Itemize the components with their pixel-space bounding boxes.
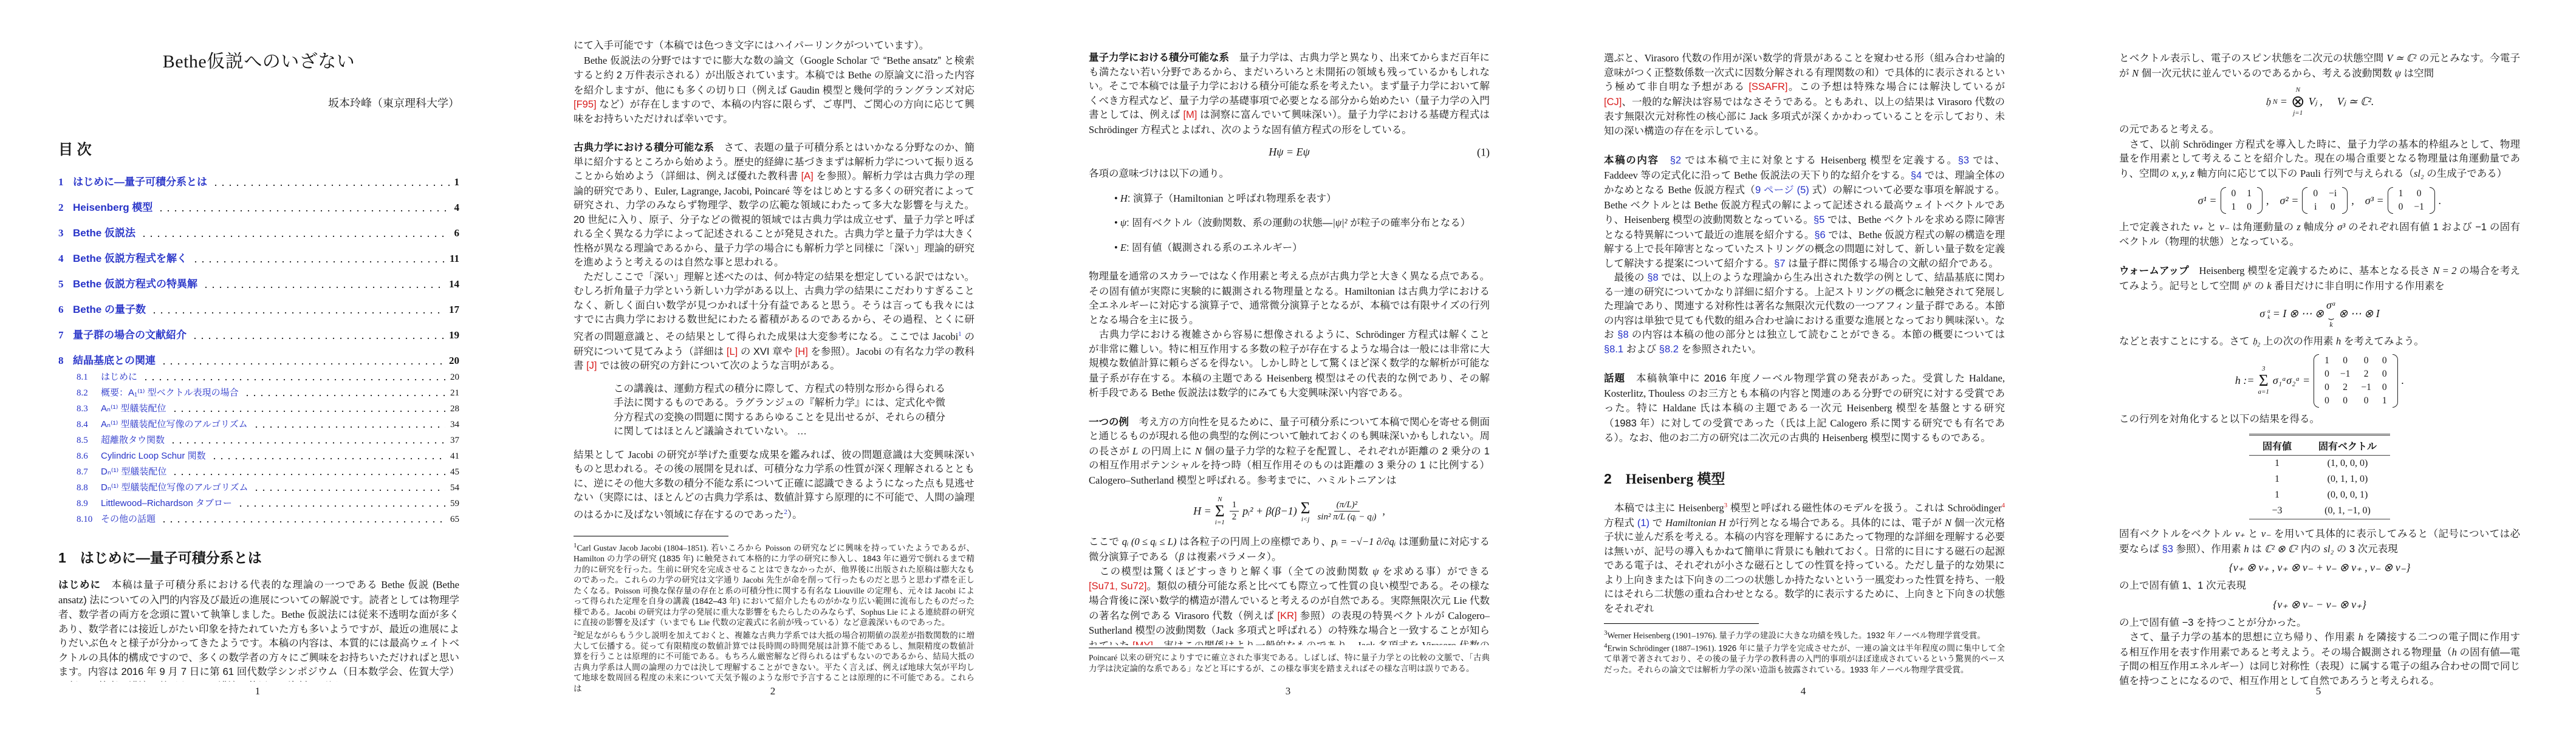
subscript: N [2273,97,2278,106]
text-run: ψ [1372,566,1379,577]
author-line: 坂本玲峰（東京理科大学） [58,95,459,111]
equation-mid: σ₁ᵃσ₂ᵃ = [2273,374,2310,387]
paragraph-intro: はじめに 本稿は量子可積分系における代表的な理論の一つである Bethe 仮説 … [58,578,459,682]
right-paren-icon [2393,354,2398,408]
matrix-cell: −1 [2335,368,2356,381]
text-run: 選ぶと、 [1604,53,1645,64]
text-run: Heisenberg [1624,214,1670,225]
matrix-cell: 1 [2241,187,2257,200]
text-run: さて、量子力学の基本的思想に立ち帰り、作用素 [2119,632,2358,643]
dot-leader [212,178,450,187]
text-run: 軸方向に応じて以下の [2194,168,2300,179]
text-run: N [1195,445,1202,457]
citation-link[interactable]: [J] [586,360,597,371]
toc-tpage: 11 [450,253,459,265]
toc-tnum: 8.8 [77,483,101,493]
text-run: 等の定式化に沿って [1638,170,1734,181]
separator: , [2351,194,2354,207]
paragraph: この行列を対角化すると以下の結果を得る。 [2119,412,2520,427]
matrix-cell: 0 [2319,394,2335,408]
h-matrix: 10000−12002−100001 [2314,354,2398,408]
toc-item[interactable]: 4Bethe 仮説方程式を解く11 [58,250,459,265]
toc-tlab: 概要：A₁⁽¹⁾ 型ベクトル表現の場合 [101,386,244,399]
toc-item[interactable]: 6Bethe の量子数17 [58,301,459,316]
toc-tpage: 41 [450,451,459,462]
text-run: の上で固有値 1、1 次元表現 [2119,580,2246,591]
text-run: 一つの例 [1089,417,1129,428]
toc-item[interactable]: 8.7Dₙ⁽¹⁾ 型艤装配位45 [58,465,459,477]
toc-item[interactable]: 8.6Cylindric Loop Schur 関数41 [58,449,459,462]
text-run: Erwin Schrödinger (1887–1961). [1608,644,1719,653]
internal-link[interactable]: §5 [1814,214,1824,225]
matrix-cell: 0 [2393,200,2409,214]
citation-link[interactable]: [CJ] [1604,97,1622,108]
equation-number: (1) [1477,146,1490,159]
text-run: Lie [1453,595,1467,606]
toc-tlab: 量子群の場合の文献紹介 [73,326,191,341]
text-run: 。類似の積分可能な系と比べても際立って性質の良い模型である。その様な場合背後に深… [1089,581,1490,607]
matrix-cell: 0 [2377,368,2393,381]
text-run: 。実はこの関係はより一般的なものであり、 [1153,640,1357,646]
text-run: は [2249,544,2265,555]
page-number: 4 [1546,685,2061,697]
text-run: 模型を定義する。 [1866,155,1958,166]
document-page-5: とベクトル表示し、電子のスピン状態を二次元の状態空間 V ≃ ℂ² の元とみなす… [2061,0,2576,729]
internal-link[interactable]: §2 [1670,155,1681,166]
text-run: Jacobi [933,330,958,342]
text-run: 仮説法は数学的にみても大変興味深い内容である。 [1175,388,1408,399]
toc-tlab: Aₙ⁽¹⁾ 型艤装配位 [101,402,171,414]
toc-tlab: Dₙ⁽¹⁾ 型艤装配位写像のアルゴリズム [101,481,253,493]
text-run: の生成子である） [2424,168,2507,179]
text-run: Bethe [1668,184,1691,196]
dot-leader [171,404,445,412]
text-run: 古典力学における複雑さから容易に想像されるように、 [1089,329,1356,340]
text-run: と [2245,529,2261,539]
otimes-icon: ⊗ [2291,94,2305,110]
text-run: Pauli [2300,168,2321,179]
text-run: で [1649,518,1665,529]
text-run: Jacobi [628,449,653,460]
internal-link[interactable]: §6 [1814,230,1825,241]
toc-tpage: 45 [450,467,459,477]
text-run: 模型と呼ばれる磁性体のモデルを扱う。これは [1727,502,1948,513]
text-run [2189,265,2199,276]
bullet-item-E: • E: 固有値（観測される系のエネルギー） [1114,241,1490,256]
paragraph: にて入手可能です（本稿では色つき文字にはハイパーリンクがついています）。 [574,39,975,53]
citation-link[interactable]: [SSAFR] [1749,81,1787,92]
toc-tlab: Heisenberg 模型 [73,199,157,214]
dot-leader [140,229,450,238]
text-run: 、一般的な解決は容易ではなさそうである。ともあれ、以上の結果は [1622,97,1937,108]
matrix-cell: −1 [2408,200,2430,214]
toc-item[interactable]: 8.3Aₙ⁽¹⁾ 型艤装配位28 [58,402,459,414]
table-row: 1(1, 0, 0, 0) [2249,456,2390,472]
paragraph: とベクトル表示し、電子のスピン状態を二次元の状態空間 V ≃ ℂ² の元とみなす… [2119,51,2520,81]
text-run: Virasoro [1174,610,1209,621]
equals: = [2280,95,2287,108]
paragraph: 各項の意味づけは以下の通り。 [1089,167,1490,182]
text-run: 話題 [1604,373,1625,384]
text-run: pᵢ = −√−1 ∂/∂qᵢ [1331,536,1396,547]
citation-link[interactable]: [L] [727,346,738,357]
matrix-cell: 0 [2335,394,2356,408]
toc-item[interactable]: 8.4Aₙ⁽¹⁾ 型艤装配位写像のアルゴリズム34 [58,417,459,430]
text-run: の 3 次元表現 [2334,544,2397,555]
text-run: 各項の意味づけは以下の通り。 [1089,168,1229,179]
text-run: Bethe [1734,169,1758,181]
toc-item[interactable]: 5Bethe 仮説方程式の特異解14 [58,275,459,290]
period: . [2402,374,2405,387]
text-run: ℂ² ⊗ ℂ² [2264,543,2298,555]
underbrace-label: k [2329,321,2332,329]
citation-link[interactable]: [F95] [574,99,597,110]
text-run: の元であると考える。 [2119,124,2219,135]
dot-leader [211,451,445,460]
text-run: では、 [1824,214,1857,225]
text-run: 仮説へのいざない [207,52,355,72]
toc-tlab: 結晶基底との関連 [73,352,160,367]
sum-operator: 3 Σ a=1 [2258,366,2269,395]
toc-tpage: 4 [454,202,460,214]
matrix-entries: 0−ii0 [2307,187,2342,214]
text-run: で “ [867,55,886,66]
text-run: Hamiltonian [1173,193,1223,204]
table-cell: 1 [2249,471,2305,487]
toc-tlab: その他の話題 [101,512,160,525]
text-run: Schrödinger [1356,329,1405,340]
text-run: V ≃ ℂ² [2386,52,2416,64]
text-run: : 固有値（観測される系のエネルギー） [1126,242,1303,253]
text-run: を求める事）ができる [1379,566,1490,577]
paragraph: ウォームアップ Heisenberg 模型を定義するために、基本となる長さ N … [2119,264,2520,293]
citation-link[interactable]: [Su71, Su72] [1089,581,1147,592]
toc-tnum: 2 [58,202,73,214]
text-run: 上で定義された [2119,222,2194,233]
toc-item[interactable]: 8.10その他の話題65 [58,512,459,525]
text-run: を参照）。 [808,346,856,357]
text-run: 本稿では主に [1604,502,1679,513]
text-run: の上で固有値 −3 を持つことが分かった。 [2119,617,2306,628]
toc-item[interactable]: 8.8Dₙ⁽¹⁾ 型艤装配位写像のアルゴリズム54 [58,481,459,493]
text-run: Heisenberg [1626,471,1693,487]
footnote-4: 4Erwin Schrödinger (1887–1961). 1926 年に量… [1604,641,2005,675]
equation-schrodinger: Hψ = Eψ (1) [1089,146,1490,159]
text-run: Jack [1750,111,1767,122]
toc-tnum: 5 [58,278,73,290]
text-run: Virasoro [1645,52,1679,64]
eigenvalue-table: 固有値固有ベクトル1(1, 0, 0, 0)1(0, 1, 1, 0)1(0, … [2249,434,2390,519]
toc-item[interactable]: 8結晶基底との関連20 [58,352,459,367]
sigma: σ [2259,307,2265,320]
sum-operator: N Σ i=1 [1215,496,1225,526]
text-run [1659,155,1670,166]
dot-leader [253,483,445,491]
text-run: Heisenberg [1267,372,1312,384]
text-run: qᵢ (0 ≤ qᵢ ≤ L) [1122,536,1177,547]
toc-tpage: 14 [449,278,459,290]
matrix-entries: 10000−12002−100001 [2319,354,2393,408]
paragraph: 固有ベクトルをベクトル v₊ と v₋ を用いて具体的に表示してみると（記号につ… [2119,527,2520,556]
paragraph: 最後の §8 では、以上のような理論から生み出された数学の例として、結晶基底に関… [1604,271,2005,357]
text-run: L [1132,445,1138,457]
paragraph: の上で固有値 −3 を持つことが分かった。 [2119,616,2520,631]
toc-item[interactable]: 8.5超離散タウ関数37 [58,433,459,446]
toc-item[interactable]: 2Heisenberg 模型4 [58,199,459,214]
text-run: は各粒子の円周上の座標であり、 [1176,536,1331,547]
text-run: Virasoro [1937,96,1972,108]
paragraph: の元であると考える。 [2119,123,2520,137]
dot-leader [151,306,444,314]
text-run: Haldane [1663,402,1696,414]
toc-item[interactable]: 7量子群の場合の文献紹介19 [58,326,459,341]
text-run: この講義は、運動方程式の積分に際して、方程式の特別な形から得られる手法に関するも… [614,383,945,437]
internal-link[interactable]: (5) [1797,185,1809,196]
text-run: Hamiltonian H [1665,517,1726,529]
text-run: の内容は本稿の他の部分とは独立して読むことができる。本節の概要については [1629,329,2005,340]
text-run: にて入手可能です（本稿では色つき文字にはハイパーリンクがついています）。 [574,40,929,51]
text-run: の XVI 章や [738,346,795,357]
text-run: • [1114,193,1120,204]
toc-tpage: 21 [450,388,459,399]
internal-link[interactable]: (1) [1637,518,1649,529]
pdf-viewer-canvas: { "colors":{"link_blue":"#2632c8","cite_… [0,0,2576,729]
paragraph: 上で定義された v₊ と v₋ は角運動量の z 軸成分 σ³ のそれぞれ固有値… [2119,220,2520,249]
sum-lower-limit: i=1 [1215,519,1225,526]
text-run: h [2452,646,2457,658]
table-cell: 1 [2249,456,2305,472]
underbrace-group: σᵃ ⏟ k [2326,299,2336,328]
text-run: Heisenberg [1822,432,1868,443]
text-run: Bethe [584,55,608,66]
text-run: 代数（例えば [1209,611,1277,621]
matrix-cell: 0 [2319,368,2335,381]
internal-link[interactable]: §8.2 [1659,344,1679,355]
toc-tlab: Aₙ⁽¹⁾ 型艤装配位写像のアルゴリズム [101,417,253,430]
toc-tlab: Bethe の量子数 [73,301,151,316]
text-run: および [1623,344,1659,355]
text-run: : 演算子（ [1128,193,1173,204]
toc-item[interactable]: 8.2概要：A₁⁽¹⁾ 型ベクトル表現の場合21 [58,386,459,399]
toc-tnum: 6 [58,304,73,316]
equation-local-operator: σak = I ⊗ ⋯ ⊗ σᵃ ⏟ k ⊗ ⋯ ⊗ I [2119,299,2520,328]
matrix-cell: 0 [2377,381,2393,394]
text-run: Lie [699,618,710,627]
equation-state-space: 𝔥N = N ⊗ j=1 Vⱼ , Vⱼ ≃ ℂ². [2119,87,2520,117]
citation-link[interactable]: [KR] [1278,611,1297,621]
equation-tail: , [1382,505,1385,518]
toc-item[interactable]: 1はじめに—量子可積分系とは1 [58,173,459,188]
text-run: 方程式 [1604,518,1637,529]
internal-link[interactable]: §7 [1774,258,1785,269]
text-run [574,55,584,66]
paragraph: この模型は驚くほどすっきりと解く事（全ての波動関数 ψ を求める事）ができる [… [1089,564,1490,645]
text-run: 式）の解について必要な事項を解説する。 [1809,185,2005,196]
table-cell: (0, 1, 1, 0) [2305,471,2390,487]
sum-lower-limit: i<j [1301,516,1310,523]
equation-triplet-set: {v₊ ⊗ v₊ , v₊ ⊗ v₋ + v₋ ⊗ v₊ , v₋ ⊗ v₋} [2119,561,2520,574]
pauli-matrix-z: 100−1 [2388,187,2435,214]
text-run: Bethe [848,69,872,81]
text-run: と [2204,222,2220,233]
text-run: の [2252,281,2267,292]
paragraph: 結果として Jacobi の研究が挙げた重要な成果を鑑みれば、彼の問題意識は大変… [574,448,975,522]
section-1-heading: 1 はじめに—量子可積分系とは [58,547,459,567]
text-run: Calogero–Sutherland [1089,474,1174,486]
page-body: 量子力学における積分可能な系 量子力学は、古典力学と異なり、出来てからまだ百年に… [1089,51,1490,645]
toc-tnum: 4 [58,253,73,265]
text-run: Calogero [1830,417,1866,429]
text-run: の定理も、元々は [865,586,935,595]
sup-sub-stack: ak [2267,308,2270,320]
equation-term: ⊗ ⋯ ⊗ I [2338,307,2380,320]
equation-singlet-set: {v₊ ⊗ v₋ − v₋ ⊗ v₊} [2119,598,2520,611]
document-title: Bethe仮説へのいざない [58,46,459,73]
text-run: など）が存在しますので、本稿の内容に限らず、ご専門、ご関心の方向に応じて興味をお… [574,99,975,125]
text-run: 氏は本稿の主題である一次元 [1696,403,1847,414]
matrix-cell: 1 [2393,187,2409,200]
text-run: 行列で与えられる（ [2321,168,2414,179]
bullet-item-psi: • ψ: 固有ベクトル（波動関数、系の運動の状態—|ψ|² が粒子の確率分布とな… [1114,216,1490,231]
table-cell: 1 [2249,487,2305,503]
citation-link[interactable]: [H] [795,346,808,357]
text-run: Virasoro [1422,640,1456,646]
matrix-entries: 100−1 [2393,187,2430,214]
text-run: 模型を定義するために、基本となる長さ [2245,265,2433,276]
tensor-product-operator: N ⊗ j=1 [2291,87,2305,117]
table-row: 1(0, 1, 1, 0) [2249,471,2390,487]
paragraph: 物理量を通常のスカラーではなく作用素と考える点が古典力学と大きく異なる点である。… [1089,270,1490,327]
table-row: −3(0, 1, −1, 0) [2249,503,2390,519]
toc-tpage: 37 [450,436,459,446]
set-expression: {v₊ ⊗ v₊ , v₊ ⊗ v₋ + v₋ ⊗ v₊ , v₋ ⊗ v₋} [2229,561,2411,574]
citation-link[interactable]: [A] [801,171,814,182]
toc-tlab: Cylindric Loop Schur 関数 [101,449,211,462]
internal-link[interactable]: 9 ページ [1755,185,1794,196]
numerator: (π/L)² [1334,499,1360,512]
footnote-link[interactable]: 4 [2002,502,2006,509]
text-run: h [2244,543,2249,555]
text-run: Bethe [1152,387,1176,399]
toc-tnum: 8.6 [77,451,101,462]
text-run: : 固有ベクトル（波動関数、系の運動の状態— [1126,217,1332,228]
table-row: 1(0, 0, 0, 1) [2249,487,2390,503]
text-run: を考えてみよう。 [2341,336,2424,347]
text-run: では本稿で主に対象とする [1681,155,1821,166]
paragraph: 話題 本稿執筆中に 2016 年度ノーベル物理学賞の発表があった。受賞した Ha… [1604,371,2005,446]
text-run: |ψ|² [1332,217,1347,228]
right-paren-icon [2342,187,2348,214]
denominator: sin² π/L (qᵢ − qⱼ) [1315,512,1379,523]
matrix-cell: 2 [2355,368,2377,381]
toc-tlab: はじめに—量子可積分系とは [73,173,212,188]
toc-item[interactable]: 8.9Littlewood–Richardson タブロー59 [58,496,459,509]
page-number: 5 [2061,685,2576,697]
text-run: 古典力学における積分可能な系 [574,142,714,153]
paragraph: 古典力学における複雑さから容易に想像されるように、Schrödinger 方程式… [1089,327,1490,401]
text-run: Poisson [766,544,791,553]
footnote-block: Poincaré 以来の研究によりすでに確立された事実である。しばしば、特に量子… [1089,648,1490,674]
dot-leader [202,280,444,289]
text-run: 仮説法の天下り的な紹介をする。 [1757,170,1910,181]
text-run: は複素パラメータ）。 [1184,552,1282,563]
toc-tpage: 20 [450,372,459,383]
text-run: は量子群に関係する場合の文献の紹介である。 [1786,258,1999,269]
paragraph: ここで qᵢ (0 ≤ qᵢ ≤ L) は各粒子の円周上の座標であり、pᵢ = … [1089,535,1490,564]
left-paren-icon [2314,354,2319,408]
internal-link[interactable]: §3 [1958,155,1969,166]
citation-link[interactable]: [M] [1183,109,1197,120]
footnote-rule [1604,623,1759,624]
text-run: 上の次の作用素 [2260,336,2336,347]
paragraph: 一つの例 考え方の方向性を見るために、量子可積分系について本稿で関心を寄せる側面… [1089,416,1490,488]
matrix-cell: 2 [2335,381,2356,394]
page-body: とベクトル表示し、電子のスピン状態を二次元の状態空間 V ≃ ℂ² の元とみなす… [2119,51,2520,697]
toc-tlab: Bethe 仮説法 [73,224,140,239]
toc-tpage: 1 [454,176,460,188]
text-run: 参照）、作用素 [2173,544,2244,555]
toc-tnum: 8.10 [77,515,101,525]
text-run: Sophus Lie [861,607,898,617]
text-run: E [1120,242,1126,253]
text-run: k [2267,280,2271,292]
internal-link[interactable]: §4 [1911,170,1922,181]
pauli-matrix-y: 0−ii0 [2302,187,2348,214]
paragraph: さて、以前 Schrödinger 方程式を導入した時に、量子力学の基本的枠組み… [2119,137,2520,182]
text-run: Jacobi [935,586,956,595]
equation-h-operator: h := 3 Σ a=1 σ₁ᵃσ₂ᵃ = 10000−12002−100001… [2119,354,2520,408]
text-run: Bethe [1604,199,1628,211]
toc-item[interactable]: 3Bethe 仮説法6 [58,224,459,239]
equation-term: Vⱼ ≃ ℂ². [2337,95,2374,108]
toc-item[interactable]: 8.1はじめに20 [58,370,459,383]
text-run: 本稿は量子可積分系における代表的な理論の一つである [101,580,381,590]
footnote-block: 1Carl Gustav Jacob Jacobi (1804–1851). 若… [574,536,975,694]
toc-tpage: 6 [454,227,460,239]
footnote-1: 1Carl Gustav Jacob Jacobi (1804–1851). 若… [574,541,975,628]
text-run: 等をはじめとする多くの研究者によって研究され、力学のみならず物理学、数学の広範な… [574,186,975,269]
text-run: Bethe [1858,214,1882,225]
toc-tlab: Bethe 仮説方程式の特異解 [73,275,202,290]
paragraph: 量子力学における積分可能な系 量子力学は、古典力学と異なり、出来てからまだ百年に… [1089,51,1490,137]
document-page-3: 量子力学における積分可能な系 量子力学は、古典力学と異なり、出来てからまだ百年に… [1030,0,1546,729]
matrix-cell: i [2307,200,2323,214]
internal-link[interactable]: §8 [1647,272,1658,283]
internal-link[interactable]: §3 [2162,544,2173,555]
internal-link[interactable]: §8 [1617,329,1628,340]
toc-tnum: 8.4 [77,420,101,430]
text-run: では彼の研究の方針について次のような言明がある。 [597,360,840,371]
table-of-contents: 1はじめに—量子可積分系とは12Heisenberg 模型43Bethe 仮説法… [58,173,459,525]
table-cell: (1, 0, 0, 0) [2305,456,2390,472]
text-run: 仮説 ( [405,580,436,590]
matrix-cell: 0 [2335,354,2356,368]
text-run: はじめに [58,580,101,590]
text-run: ベクトルとは [1628,200,1694,211]
matrix-entries: 0110 [2226,187,2258,214]
citation-link[interactable]: [MY] [1132,640,1153,646]
text-run: 個一次元格子状に並んだ系を考える。本稿の内容を理解するにあたって物理的な詳細を理… [1604,518,2005,614]
text-run: の研究は力学の発展に重大な影響をもたらしたのみならず、 [636,607,861,617]
matrix-cell: 0 [2355,354,2377,368]
toc-tnum: 8.2 [77,388,101,399]
internal-link[interactable]: §8.1 [1604,344,1623,355]
text-run: 仮説法の分野ではすでに膨大な数の論文（ [607,55,804,66]
text-run: Jack [1216,625,1234,636]
dot-leader [160,515,445,523]
dot-leader [142,372,445,381]
text-run: 。この予想は特殊な場合には解決しているが [1788,81,2005,92]
